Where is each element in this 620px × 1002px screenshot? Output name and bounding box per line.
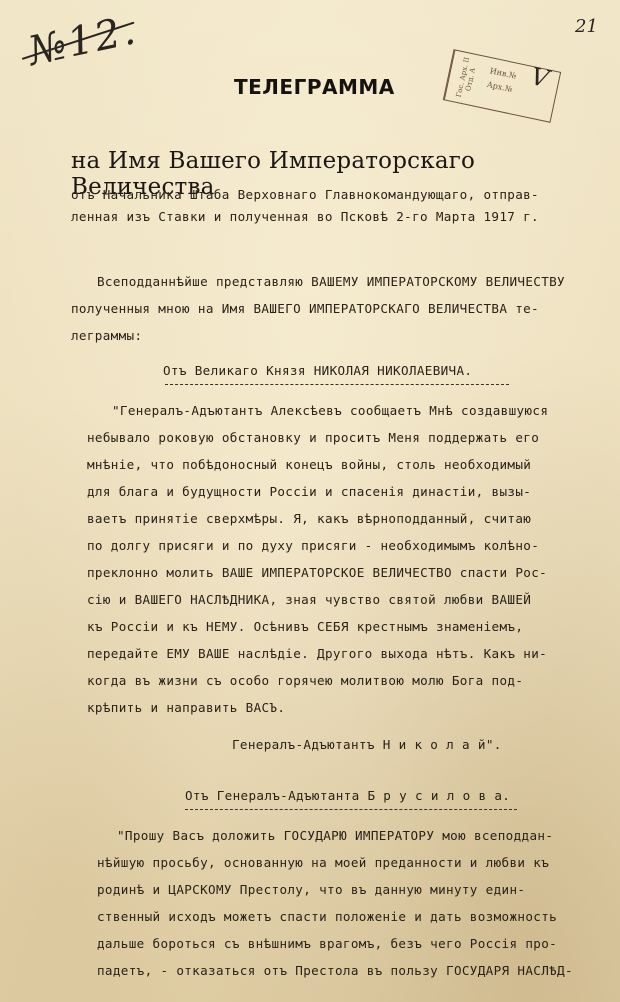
message-line: нѣйшую просьбу, основанную на моей преда…	[97, 855, 549, 870]
origin-line: ленная изъ Ставки и полученная во Псковѣ…	[71, 209, 539, 224]
message-line: для блага и будущности Россіи и спасенія…	[87, 484, 531, 499]
message-line: крѣпить и направить ВАСЪ.	[87, 700, 285, 715]
message-line: ственный исходъ можетъ спасти положеніе …	[97, 909, 557, 924]
message-line: дальше бороться съ внѣшнимъ врагомъ, без…	[97, 936, 557, 951]
message-line: родинѣ и ЦАРСКОМУ Престолу, что въ данну…	[97, 882, 525, 897]
section-heading: Отъ Великаго Князя НИКОЛАЯ НИКОЛАЕВИЧА.	[163, 363, 472, 378]
message-line: сію и ВАШЕГО НАСЛѢДНИКА, зная чувство св…	[87, 592, 531, 607]
heading-underline	[165, 384, 509, 385]
message-line: къ Россіи и къ НЕМУ. Осѣнивъ СЕБЯ крестн…	[87, 619, 523, 634]
intro-line: Всеподданнѣйше представляю ВАШЕМУ ИМПЕРА…	[97, 274, 565, 289]
document-page: №12. 21 Гос. Арх. II Отд. А Инв.№ Арх.№ …	[0, 0, 620, 1002]
intro-line: леграммы:	[71, 328, 142, 343]
message-line: преклонно молить ВАШЕ ИМПЕРАТОРСКОЕ ВЕЛИ…	[87, 565, 547, 580]
message-line: "Генералъ-Адъютантъ Алексѣевъ сообщаетъ …	[112, 403, 548, 418]
message-line: по долгу присяги и по духу присяги - нео…	[87, 538, 539, 553]
message-line: небывало роковую обстановку и проситъ Ме…	[87, 430, 539, 445]
intro-line: полученныя мною на Имя ВАШЕГО ИМПЕРАТОРС…	[71, 301, 539, 316]
signature: Генералъ-Адъютантъ Н и к о л а й".	[232, 737, 502, 752]
heading-underline	[185, 809, 517, 810]
section-heading: Отъ Генералъ-Адъютанта Б р у с и л о в а…	[185, 788, 510, 803]
message-line: падетъ, - отказаться отъ Престола въ пол…	[97, 963, 573, 978]
folio-number: 21	[575, 16, 598, 37]
message-line: ваетъ принятіе сверхмѣры. Я, какъ вѣрноп…	[87, 511, 531, 526]
origin-line: отъ Начальника Штаба Верховнаго Главноко…	[71, 187, 539, 202]
stamp-handwritten-mark: V	[530, 69, 550, 86]
message-line: когда въ жизни съ особо горячею молитвою…	[87, 673, 523, 688]
document-title: ТЕЛЕГРАММА	[234, 75, 395, 99]
message-line: "Прошу Васъ доложить ГОСУДАРЮ ИМПЕРАТОРУ…	[117, 828, 553, 843]
archive-stamp: Гос. Арх. II Отд. А Инв.№ Арх.№ V	[443, 49, 561, 123]
message-line: передайте ЕМУ ВАШЕ наслѣдіе. Другого вых…	[87, 646, 547, 661]
message-line: мнѣніе, что побѣдоносный конецъ войны, с…	[87, 457, 531, 472]
handwritten-number: №12.	[24, 7, 141, 75]
stamp-fields: Инв.№ Арх.№ V	[478, 58, 560, 122]
